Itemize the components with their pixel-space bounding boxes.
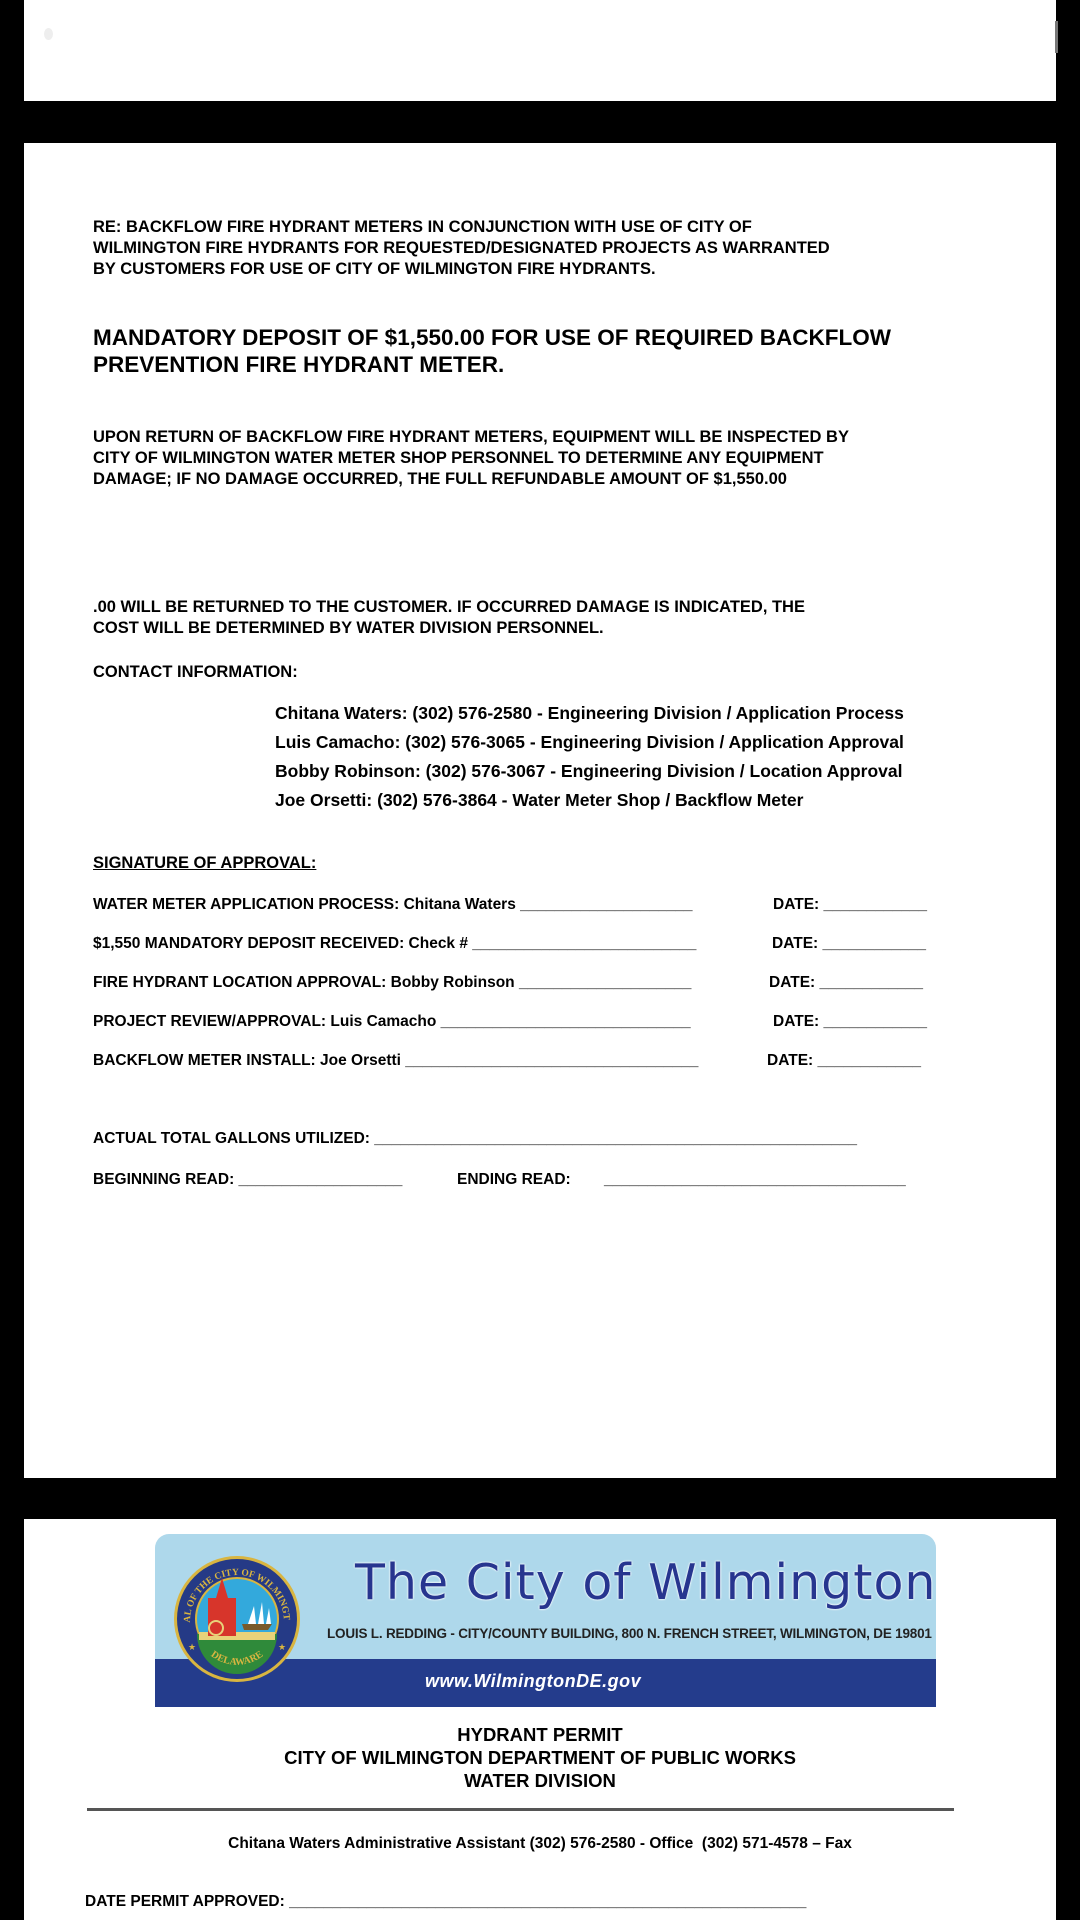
contact-bobby-robinson: Bobby Robinson: (302) 576-3067 - Enginee… bbox=[275, 757, 903, 786]
continued-line-2: COST WILL BE DETERMINED BY WATER DIVISIO… bbox=[93, 618, 604, 639]
date-permit-approved-field[interactable]: DATE PERMIT APPROVED: __________________… bbox=[85, 1893, 806, 1911]
continued-line-1: .00 WILL BE RETURNED TO THE CUSTOMER. IF… bbox=[93, 597, 805, 618]
permit-heading-line-1: HYDRANT PERMIT bbox=[24, 1723, 1056, 1746]
signature-row-location-approval[interactable]: FIRE HYDRANT LOCATION APPROVAL: Bobby Ro… bbox=[93, 974, 691, 992]
signature-row-application-process[interactable]: WATER METER APPLICATION PROCESS: Chitana… bbox=[93, 896, 693, 914]
document-page-2: RE: BACKFLOW FIRE HYDRANT METERS IN CONJ… bbox=[24, 143, 1056, 1478]
re-line-1: RE: BACKFLOW FIRE HYDRANT METERS IN CONJ… bbox=[93, 217, 752, 238]
signature-row-meter-install-date[interactable]: DATE: ____________ bbox=[767, 1052, 921, 1070]
signature-row-deposit[interactable]: $1,550 MANDATORY DEPOSIT RECEIVED: Check… bbox=[93, 935, 696, 953]
document-page-3: SEAL OF THE CITY OF WILMINGTON DELAWARE … bbox=[24, 1519, 1056, 1920]
return-line-2: CITY OF WILMINGTON WATER METER SHOP PERS… bbox=[93, 448, 824, 469]
contact-joe-orsetti: Joe Orsetti: (302) 576-3864 - Water Mete… bbox=[275, 786, 803, 815]
banner-address: LOUIS L. REDDING - CITY/COUNTY BUILDING,… bbox=[327, 1626, 932, 1641]
banner-city-title: The City of Wilmington bbox=[355, 1554, 936, 1611]
signature-row-meter-install[interactable]: BACKFLOW METER INSTALL: Joe Orsetti ____… bbox=[93, 1052, 698, 1070]
signature-row-project-review[interactable]: PROJECT REVIEW/APPROVAL: Luis Camacho __… bbox=[93, 1013, 691, 1031]
contact-luis-camacho: Luis Camacho: (302) 576-3065 - Engineeri… bbox=[275, 728, 904, 757]
ending-read-label: ENDING READ: bbox=[457, 1171, 571, 1189]
banner-website-link[interactable]: www.WilmingtonDE.gov bbox=[425, 1671, 641, 1692]
contact-chitana-waters: Chitana Waters: (302) 576-2580 - Enginee… bbox=[275, 699, 904, 728]
permit-heading-line-3: WATER DIVISION bbox=[24, 1769, 1056, 1792]
svg-text:★: ★ bbox=[188, 1642, 196, 1652]
horizontal-divider bbox=[87, 1808, 954, 1811]
deposit-line-2: PREVENTION FIRE HYDRANT METER. bbox=[93, 351, 504, 378]
ending-read-field[interactable]: ___________________________________ bbox=[604, 1171, 906, 1189]
document-page-1 bbox=[24, 0, 1056, 101]
return-line-3: DAMAGE; IF NO DAMAGE OCCURRED, THE FULL … bbox=[93, 469, 787, 490]
scrollbar-thumb[interactable] bbox=[1055, 21, 1058, 53]
gallons-utilized-field[interactable]: ACTUAL TOTAL GALLONS UTILIZED: _________… bbox=[93, 1130, 857, 1148]
signature-row-location-approval-date[interactable]: DATE: ____________ bbox=[769, 974, 923, 992]
signature-row-application-process-date[interactable]: DATE: ____________ bbox=[773, 896, 927, 914]
re-line-2: WILMINGTON FIRE HYDRANTS FOR REQUESTED/D… bbox=[93, 238, 830, 259]
signature-row-project-review-date[interactable]: DATE: ____________ bbox=[773, 1013, 927, 1031]
svg-text:★: ★ bbox=[278, 1642, 286, 1652]
city-seal-icon: SEAL OF THE CITY OF WILMINGTON DELAWARE … bbox=[172, 1554, 302, 1684]
signature-heading: SIGNATURE OF APPROVAL: bbox=[93, 853, 316, 874]
city-letterhead-banner: SEAL OF THE CITY OF WILMINGTON DELAWARE … bbox=[155, 1534, 936, 1707]
permit-heading-line-2: CITY OF WILMINGTON DEPARTMENT OF PUBLIC … bbox=[24, 1746, 1056, 1769]
contact-heading: CONTACT INFORMATION: bbox=[93, 662, 298, 683]
re-line-3: BY CUSTOMERS FOR USE OF CITY OF WILMINGT… bbox=[93, 259, 656, 280]
deposit-line-1: MANDATORY DEPOSIT OF $1,550.00 FOR USE O… bbox=[93, 324, 891, 351]
signature-row-deposit-date[interactable]: DATE: ____________ bbox=[772, 935, 926, 953]
return-line-1: UPON RETURN OF BACKFLOW FIRE HYDRANT MET… bbox=[93, 427, 849, 448]
admin-contact-line: Chitana Waters Administrative Assistant … bbox=[24, 1835, 1056, 1853]
page-marker-dot bbox=[44, 28, 53, 40]
beginning-read-field[interactable]: BEGINNING READ: ___________________ bbox=[93, 1171, 402, 1189]
